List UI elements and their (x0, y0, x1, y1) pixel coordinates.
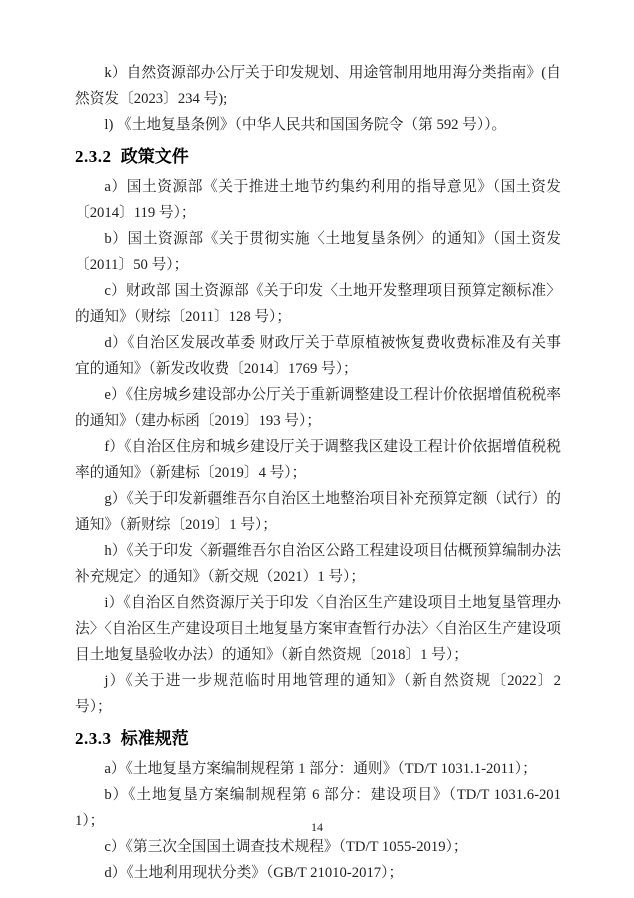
list-item-a: a）国土资源部《关于推进土地节约集约利用的指导意见》（国土资发〔2014〕119… (75, 174, 561, 226)
list-item-b: b）国土资源部《关于贯彻实施〈土地复垦条例〉的通知》（国土资发〔2011〕50 … (75, 226, 561, 278)
list-item-j: j）《关于进一步规范临时用地管理的通知》（新自然资规〔2022〕2 号）； (75, 668, 561, 720)
list-item-k: k）自然资源部办公厅关于印发规划、用途管制用地用海分类指南》(自然资发〔2023… (75, 60, 561, 112)
list-item-c: c）《第三次全国国土调查技术规程》（TD/T 1055-2019）； (75, 834, 561, 860)
list-item-f: f）《自治区住房和城乡建设厅关于调整我区建设工程计价依据增值税税率的通知》（新建… (75, 434, 561, 486)
list-item-e: e）《住房城乡建设部办公厅关于重新调整建设工程计价依据增值税税率的通知》（建办标… (75, 382, 561, 434)
list-item-a: a）《土地复垦方案编制规程第 1 部分：通则》（TD/T 1031.1-2011… (75, 756, 561, 782)
document-page: k）自然资源部办公厅关于印发规划、用途管制用地用海分类指南》(自然资发〔2023… (0, 0, 634, 898)
section-number: 2.3.2 (75, 147, 112, 166)
section-heading-2-3-3: 2.3.3 标准规范 (75, 724, 561, 754)
list-item-h: h）《关于印发〈新疆维吾尔自治区公路工程建设项目估概预算编制办法补充规定〉的通知… (75, 538, 561, 590)
section-title: 标准规范 (121, 729, 189, 748)
list-item-d: d）《自治区发展改革委 财政厅关于草原植被恢复费收费标准及有关事宜的通知》（新发… (75, 330, 561, 382)
page-number: 14 (0, 819, 634, 835)
document-content: k）自然资源部办公厅关于印发规划、用途管制用地用海分类指南》(自然资发〔2023… (75, 60, 561, 886)
list-item-g: g）《关于印发新疆维吾尔自治区土地整治项目补充预算定额（试行）的通知》（新财综〔… (75, 486, 561, 538)
list-item-i: i）《自治区自然资源厅关于印发〈自治区生产建设项目土地复垦管理办法〉〈自治区生产… (75, 590, 561, 668)
section-heading-2-3-2: 2.3.2 政策文件 (75, 142, 561, 172)
section-number: 2.3.3 (75, 729, 112, 748)
list-item-d: d）《土地利用现状分类》（GB/T 21010-2017）； (75, 860, 561, 886)
section-title: 政策文件 (121, 147, 189, 166)
list-item-c: c）财政部 国土资源部《关于印发〈土地开发整理项目预算定额标准〉的通知》（财综〔… (75, 278, 561, 330)
list-item-l: l) 《土地复垦条例》（中华人民共和国国务院令（第 592 号））。 (75, 112, 561, 138)
